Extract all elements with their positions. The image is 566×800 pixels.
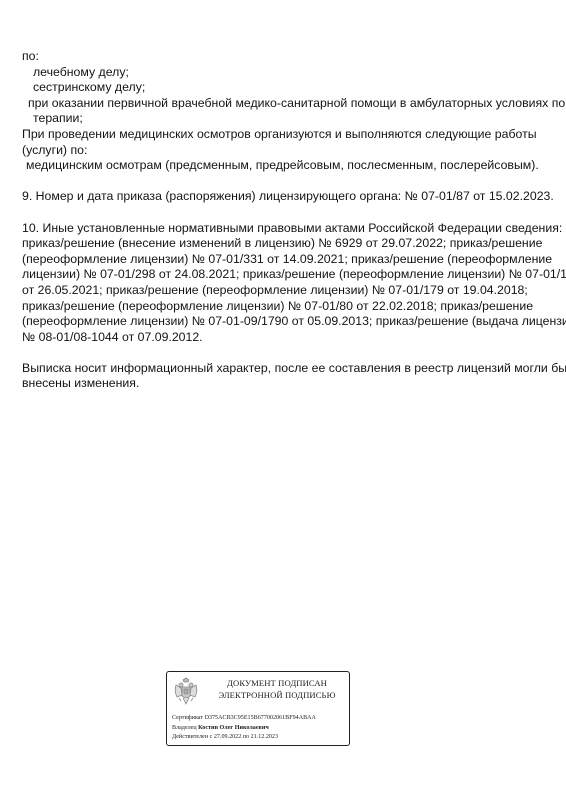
medical-exams-item: медицинским осмотрам (предсменным, предр… (22, 158, 550, 174)
certificate-value: D375ACB3C95E15B677002061BF94ABAA (205, 715, 316, 721)
stamp-title: ДОКУМЕНТ ПОДПИСАН ЭЛЕКТРОННОЙ ПОДПИСЬЮ (207, 677, 347, 701)
medical-exams-intro-cont: (услуги) по: (22, 143, 550, 159)
activity-item: сестринскому делу; (22, 80, 550, 96)
outpatient-item: терапии; (22, 111, 550, 127)
medical-exams-intro: При проведении медицинских осмотров орга… (22, 127, 550, 143)
section-10-line: приказ/решение (переоформление лицензии)… (22, 299, 550, 315)
paragraph-gap (22, 205, 550, 221)
section-10-line: лицензии) № 07-01/298 от 24.08.2021; при… (22, 267, 550, 283)
document-body: по: лечебному делу; сестринскому делу; п… (22, 49, 550, 392)
licensed-activities-section: по: лечебному делу; сестринскому делу; п… (22, 49, 550, 174)
disclaimer-line: Выписка носит информационный характер, п… (22, 361, 550, 377)
paragraph-gap (22, 345, 550, 361)
certificate-label: Сертификат (172, 715, 203, 721)
owner-value: Костин Олег Николаевич (198, 725, 269, 731)
section-10-line: № 08-01/08-1044 от 07.09.2012. (22, 330, 550, 346)
disclaimer: Выписка носит информационный характер, п… (22, 361, 550, 392)
section-10-line: от 26.05.2021; приказ/решение (переоформ… (22, 283, 550, 299)
stamp-info: Сертификат D375ACB3C95E15B677002061BF94A… (172, 714, 316, 743)
activity-item: лечебному делу; (22, 65, 550, 81)
section-9: 9. Номер и дата приказа (распоряжения) л… (22, 189, 550, 205)
disclaimer-line: внесены изменения. (22, 376, 550, 392)
validity-row: Действителен с 27.09.2022 по 21.12.2023 (172, 733, 316, 743)
section-10-line: (переоформление лицензии) № 07-01-09/179… (22, 314, 550, 330)
stamp-title-line2: ЭЛЕКТРОННОЙ ПОДПИСЬЮ (207, 689, 347, 701)
paragraph-gap (22, 174, 550, 190)
outpatient-intro: при оказании первичной врачебной медико-… (22, 96, 550, 112)
section-9-text: 9. Номер и дата приказа (распоряжения) л… (22, 189, 550, 205)
owner-label: Владелец (172, 725, 197, 731)
activities-intro: по: (22, 49, 550, 65)
electronic-signature-stamp: ДОКУМЕНТ ПОДПИСАН ЭЛЕКТРОННОЙ ПОДПИСЬЮ С… (166, 671, 350, 746)
russian-coat-of-arms-icon (173, 677, 199, 707)
section-10-line: 10. Иные установленные нормативными прав… (22, 221, 550, 237)
certificate-row: Сертификат D375ACB3C95E15B677002061BF94A… (172, 714, 316, 724)
section-10: 10. Иные установленные нормативными прав… (22, 221, 550, 346)
section-10-line: приказ/решение (внесение изменений в лиц… (22, 236, 550, 252)
section-10-line: (переоформление лицензии) № 07-01/331 от… (22, 252, 550, 268)
stamp-title-line1: ДОКУМЕНТ ПОДПИСАН (207, 677, 347, 689)
owner-row: Владелец Костин Олег Николаевич (172, 724, 316, 734)
